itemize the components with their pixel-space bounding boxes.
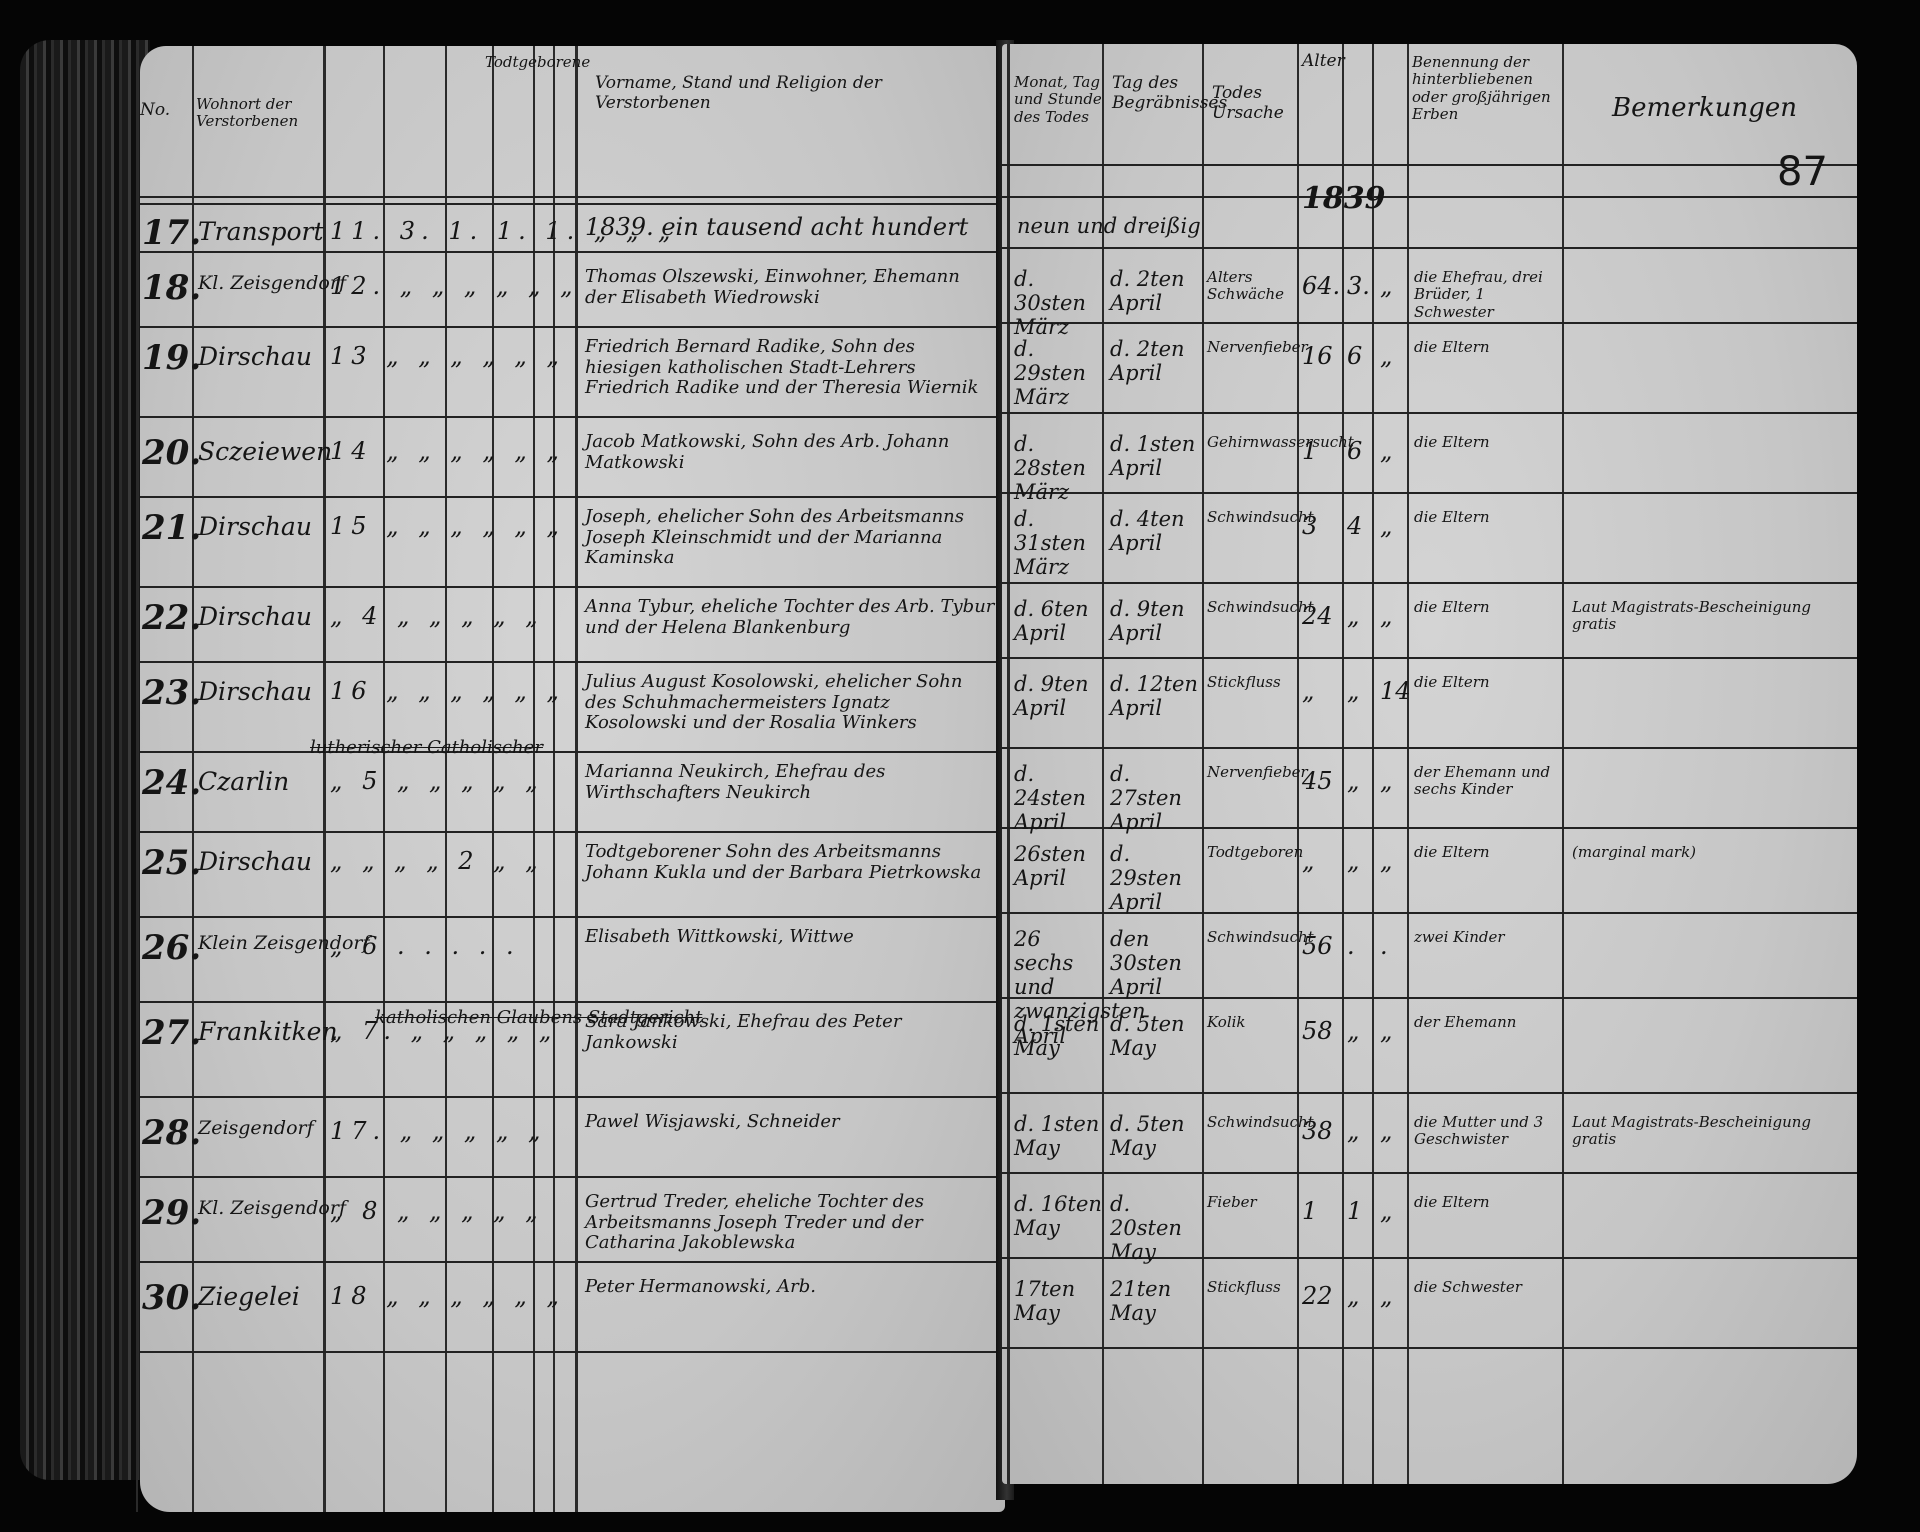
entry-age-days: „ bbox=[1380, 343, 1392, 371]
row-divider bbox=[1002, 322, 1857, 324]
entry-name: Jacob Matkowski, Sohn des Arb. Johann Ma… bbox=[585, 432, 995, 473]
entry-age-months: 6 bbox=[1347, 343, 1362, 371]
header-residence: Wohnort der Verstorbenen bbox=[196, 96, 321, 131]
entry-age-years: 3 bbox=[1302, 513, 1317, 541]
row-divider bbox=[1002, 1347, 1857, 1349]
entry-survivors: der Ehemann und sechs Kinder bbox=[1414, 764, 1559, 799]
entry-name: Julius August Kosolowski, ehelicher Sohn… bbox=[585, 672, 995, 734]
row-divider bbox=[1002, 1092, 1857, 1094]
entry-death-date: 17ten May bbox=[1014, 1277, 1102, 1325]
row-divider bbox=[140, 1001, 1005, 1003]
right-page: Monat, Tag und Stunde des Todes Tag des … bbox=[1002, 44, 1857, 1484]
entry-number: 26. bbox=[142, 929, 201, 968]
entry-counts: „ 5 „ „ „ „ „ bbox=[330, 768, 544, 796]
struck-annotation: katholischen Glaubens Stadtgericht bbox=[375, 1008, 702, 1029]
entry-survivors: die Eltern bbox=[1414, 599, 1559, 616]
entry-death-date: d. 31sten März bbox=[1014, 507, 1102, 579]
entry-number: 24. bbox=[142, 764, 201, 803]
entry-age-years: 38 bbox=[1302, 1118, 1333, 1146]
entry-name: Elisabeth Wittkowski, Wittwe bbox=[585, 927, 995, 948]
entry-counts: 16 „ „ „ „ „ „ bbox=[330, 678, 565, 706]
entry-age-days: „ bbox=[1380, 273, 1392, 301]
entry-age-years: „ bbox=[1302, 848, 1314, 876]
entry-age-years: 45 bbox=[1302, 768, 1333, 796]
entry-age-months: 3. bbox=[1347, 273, 1370, 301]
entry-counts: „ „ „ „ 2 „ „ bbox=[330, 848, 544, 876]
entry-age-days: „ bbox=[1380, 603, 1392, 631]
header-stillborn: Todtgeborene bbox=[485, 54, 590, 71]
row-divider bbox=[1002, 412, 1857, 414]
entry-age-days: „ bbox=[1380, 768, 1392, 796]
row-divider bbox=[1002, 582, 1857, 584]
entry-survivors: die Eltern bbox=[1414, 509, 1559, 526]
entry-counts: 13 „ „ „ „ „ „ bbox=[330, 343, 565, 371]
entry-residence: Zeisgendorf bbox=[198, 1118, 314, 1140]
entry-survivors: die Eltern bbox=[1414, 434, 1559, 451]
entry-residence: Ziegelei bbox=[198, 1283, 300, 1312]
entry-age-days: „ bbox=[1380, 438, 1392, 466]
entry-age-months: „ bbox=[1347, 678, 1359, 706]
entry-number: 20. bbox=[142, 434, 201, 473]
entry-cause: Stickfluss bbox=[1207, 674, 1295, 691]
entry-number: 25. bbox=[142, 844, 201, 883]
entry-burial-date: d. 4ten April bbox=[1110, 507, 1200, 555]
entry-age-years: 22 bbox=[1302, 1283, 1333, 1311]
entry-cause: Alters Schwäche bbox=[1207, 269, 1295, 304]
entry-burial-date: d. 2ten April bbox=[1110, 337, 1200, 385]
entry-survivors: die Eltern bbox=[1414, 844, 1559, 861]
entry-death-date: d. 30sten März bbox=[1014, 267, 1102, 339]
entry-burial-date: d. 2ten April bbox=[1110, 267, 1200, 315]
row-divider bbox=[140, 1261, 1005, 1263]
entry-age-years: 1 bbox=[1302, 1198, 1317, 1226]
entry-age-months: 4 bbox=[1347, 513, 1362, 541]
row-divider bbox=[140, 586, 1005, 588]
entry-age-years: 16 bbox=[1302, 343, 1333, 371]
entry-death-date: d. 1sten May bbox=[1014, 1112, 1102, 1160]
entry-residence: Kl. Zeisgendorf bbox=[198, 273, 346, 295]
entry-death-date: d. 28sten März bbox=[1014, 432, 1102, 504]
entry-burial-date: d. 12ten April bbox=[1110, 672, 1200, 720]
entry-remark: (marginal mark) bbox=[1572, 844, 1822, 861]
header-age: Alter bbox=[1302, 52, 1345, 72]
entry-cause: Schwindsucht bbox=[1207, 1114, 1295, 1131]
entry-number: 22. bbox=[142, 599, 201, 638]
entry-burial-date: den 30sten April bbox=[1110, 927, 1200, 999]
entry-survivors: die Eltern bbox=[1414, 674, 1559, 691]
entry-age-years: 24 bbox=[1302, 603, 1333, 631]
entry-age-months: „ bbox=[1347, 1018, 1359, 1046]
header-no: No. bbox=[140, 101, 170, 121]
entry-age-months: „ bbox=[1347, 603, 1359, 631]
entry-residence: Dirschau bbox=[198, 513, 312, 542]
row-divider bbox=[140, 661, 1005, 663]
entry-residence: Frankitken bbox=[198, 1018, 338, 1047]
entry-number: 28. bbox=[142, 1114, 201, 1153]
entry-burial-date: d. 29sten April bbox=[1110, 842, 1200, 914]
entry-cause: Stickfluss bbox=[1207, 1279, 1295, 1296]
header-name: Vorname, Stand und Religion der Verstorb… bbox=[595, 74, 975, 113]
entry-residence: Dirschau bbox=[198, 848, 312, 877]
entry-burial-date: d. 9ten April bbox=[1110, 597, 1200, 645]
entry-counts: 12. „ „ „ „ „ „ bbox=[330, 273, 579, 301]
entry-age-months: . bbox=[1347, 933, 1355, 961]
page-number: 87 bbox=[1777, 149, 1828, 195]
year-row: 1839 bbox=[1302, 182, 1386, 217]
entry-age-years: 58 bbox=[1302, 1018, 1333, 1046]
entry-name: Anna Tybur, eheliche Tochter des Arb. Ty… bbox=[585, 597, 995, 638]
entry-name: Thomas Olszewski, Einwohner, Ehemann der… bbox=[585, 267, 995, 308]
entry-death-date: 26sten April bbox=[1014, 842, 1102, 890]
entry-death-date: d. 6ten April bbox=[1014, 597, 1102, 645]
entry-cause: Fieber bbox=[1207, 1194, 1295, 1211]
entry-age-years: 64. bbox=[1302, 273, 1340, 301]
entry-burial-date: d. 27sten April bbox=[1110, 762, 1200, 834]
entry-survivors: die Mutter und 3 Geschwister bbox=[1414, 1114, 1559, 1149]
entry-burial-date: d. 20sten May bbox=[1110, 1192, 1200, 1264]
entry-survivors: die Eltern bbox=[1414, 339, 1559, 356]
entry-age-months: „ bbox=[1347, 768, 1359, 796]
header-death-date: Monat, Tag und Stunde des Todes bbox=[1014, 74, 1102, 126]
entry-name: Todtgeborener Sohn des Arbeitsmanns Joha… bbox=[585, 842, 995, 883]
entry-cause: Nervenfieber bbox=[1207, 339, 1295, 356]
row-divider bbox=[140, 1176, 1005, 1178]
entry-number: 30. bbox=[142, 1279, 201, 1318]
entry-counts: 18 „ „ „ „ „ „ bbox=[330, 1283, 565, 1311]
entry-age-years: 1 bbox=[1302, 438, 1317, 466]
entry-counts: 17. „ „ „ „ „ bbox=[330, 1118, 546, 1146]
entry-cause: Todtgeboren bbox=[1207, 844, 1295, 861]
row-divider bbox=[1002, 247, 1857, 249]
entry-cause: Gehirnwassersucht bbox=[1207, 434, 1295, 451]
row-divider bbox=[140, 1351, 1005, 1353]
row-divider bbox=[140, 831, 1005, 833]
entry-age-days: „ bbox=[1380, 848, 1392, 876]
entry-age-days: . bbox=[1380, 933, 1388, 961]
entry-burial-date: d. 5ten May bbox=[1110, 1112, 1200, 1160]
entry-age-days: „ bbox=[1380, 1118, 1392, 1146]
entry-counts: 15 „ „ „ „ „ „ bbox=[330, 513, 565, 541]
row-divider bbox=[140, 416, 1005, 418]
entry-number: 21. bbox=[142, 509, 201, 548]
row-divider bbox=[140, 251, 1005, 253]
entry-number: 18. bbox=[142, 269, 201, 308]
entry-remark: Laut Magistrats-Bescheinigung gratis bbox=[1572, 599, 1822, 634]
row-divider bbox=[140, 916, 1005, 918]
header-cause: Todes Ursache bbox=[1212, 84, 1292, 123]
entry-age-months: „ bbox=[1347, 1283, 1359, 1311]
entry-number: 27. bbox=[142, 1014, 201, 1053]
entry-counts: „ 8 „ „ „ „ „ bbox=[330, 1198, 544, 1226]
entry-cause: Schwindsucht bbox=[1207, 599, 1295, 616]
entry-age-days: „ bbox=[1380, 513, 1392, 541]
entry-age-years: „ bbox=[1302, 678, 1314, 706]
row-divider bbox=[1002, 492, 1857, 494]
row-divider bbox=[1002, 657, 1857, 659]
row-divider bbox=[1002, 1172, 1857, 1174]
entry-residence: Transport bbox=[198, 218, 324, 247]
entry-age-days: 14 bbox=[1380, 678, 1411, 706]
entry-age-months: „ bbox=[1347, 848, 1359, 876]
entry-name: Pawel Wisjawski, Schneider bbox=[585, 1112, 995, 1133]
entry-survivors: die Ehefrau, drei Brüder, 1 Schwester bbox=[1414, 269, 1559, 321]
row-divider bbox=[140, 496, 1005, 498]
entry-residence: Dirschau bbox=[198, 603, 312, 632]
entry-age-days: „ bbox=[1380, 1018, 1392, 1046]
book-edge bbox=[20, 40, 150, 1480]
entry-age-days: „ bbox=[1380, 1283, 1392, 1311]
entry-survivors: zwei Kinder bbox=[1414, 929, 1559, 946]
entry-burial-date: d. 1sten April bbox=[1110, 432, 1200, 480]
entry-residence: Czarlin bbox=[198, 768, 289, 797]
row-divider bbox=[140, 751, 1005, 753]
entry-number: 23. bbox=[142, 674, 201, 713]
year-words-right: neun und dreißig bbox=[1017, 214, 1201, 238]
left-page: No. Wohnort der Verstorbenen Todtgeboren… bbox=[140, 46, 1005, 1512]
entry-age-days: „ bbox=[1380, 1198, 1392, 1226]
entry-counts: 14 „ „ „ „ „ „ bbox=[330, 438, 565, 466]
entry-residence: Kl. Zeisgendorf bbox=[198, 1198, 346, 1220]
entry-burial-date: 21ten May bbox=[1110, 1277, 1200, 1325]
entry-number: 17. bbox=[142, 214, 201, 253]
entry-death-date: d. 1sten May bbox=[1014, 1012, 1102, 1060]
entry-name: Marianna Neukirch, Ehefrau des Wirthscha… bbox=[585, 762, 995, 803]
entry-remark: Laut Magistrats-Bescheinigung gratis bbox=[1572, 1114, 1822, 1149]
entry-death-date: d. 24sten April bbox=[1014, 762, 1102, 834]
entry-survivors: die Schwester bbox=[1414, 1279, 1559, 1296]
entry-survivors: die Eltern bbox=[1414, 1194, 1559, 1211]
row-divider bbox=[140, 326, 1005, 328]
entry-survivors: der Ehemann bbox=[1414, 1014, 1559, 1031]
entry-cause: Kolik bbox=[1207, 1014, 1295, 1031]
entry-number: 29. bbox=[142, 1194, 201, 1233]
entry-name: Friedrich Bernard Radike, Sohn des hiesi… bbox=[585, 337, 995, 399]
entry-residence: Dirschau bbox=[198, 343, 312, 372]
entry-name: Joseph, ehelicher Sohn des Arbeitsmanns … bbox=[585, 507, 995, 569]
entry-residence: Dirschau bbox=[198, 678, 312, 707]
entry-residence: Sczeiewen bbox=[198, 438, 332, 467]
entry-age-years: 56 bbox=[1302, 933, 1333, 961]
entry-counts: „ 4 „ „ „ „ „ bbox=[330, 603, 544, 631]
year-words: 1839. ein tausend acht hundert bbox=[585, 214, 968, 242]
entry-name: Gertrud Treder, eheliche Tochter des Arb… bbox=[585, 1192, 995, 1254]
entry-cause: Schwindsucht bbox=[1207, 929, 1295, 946]
row-divider bbox=[140, 1096, 1005, 1098]
entry-cause: Nervenfieber bbox=[1207, 764, 1295, 781]
entry-age-months: 1 bbox=[1347, 1198, 1362, 1226]
entry-age-months: „ bbox=[1347, 1118, 1359, 1146]
entry-age-months: 6 bbox=[1347, 438, 1362, 466]
header-survivors: Benennung der hinterbliebenen oder großj… bbox=[1412, 54, 1557, 123]
entry-number: 19. bbox=[142, 339, 201, 378]
entry-death-date: d. 16ten May bbox=[1014, 1192, 1102, 1240]
entry-counts: „ 6 . . . . . bbox=[330, 933, 520, 961]
header-remarks: Bemerkungen bbox=[1612, 94, 1797, 124]
struck-annotation: lutherischer Catholischer bbox=[310, 738, 543, 759]
entry-cause: Schwindsucht bbox=[1207, 509, 1295, 526]
header-burial-date: Tag des Begräbnisses bbox=[1112, 74, 1202, 113]
entry-name: Peter Hermanowski, Arb. bbox=[585, 1277, 995, 1298]
entry-burial-date: d. 5ten May bbox=[1110, 1012, 1200, 1060]
entry-death-date: d. 29sten März bbox=[1014, 337, 1102, 409]
row-divider bbox=[1002, 747, 1857, 749]
entry-death-date: d. 9ten April bbox=[1014, 672, 1102, 720]
